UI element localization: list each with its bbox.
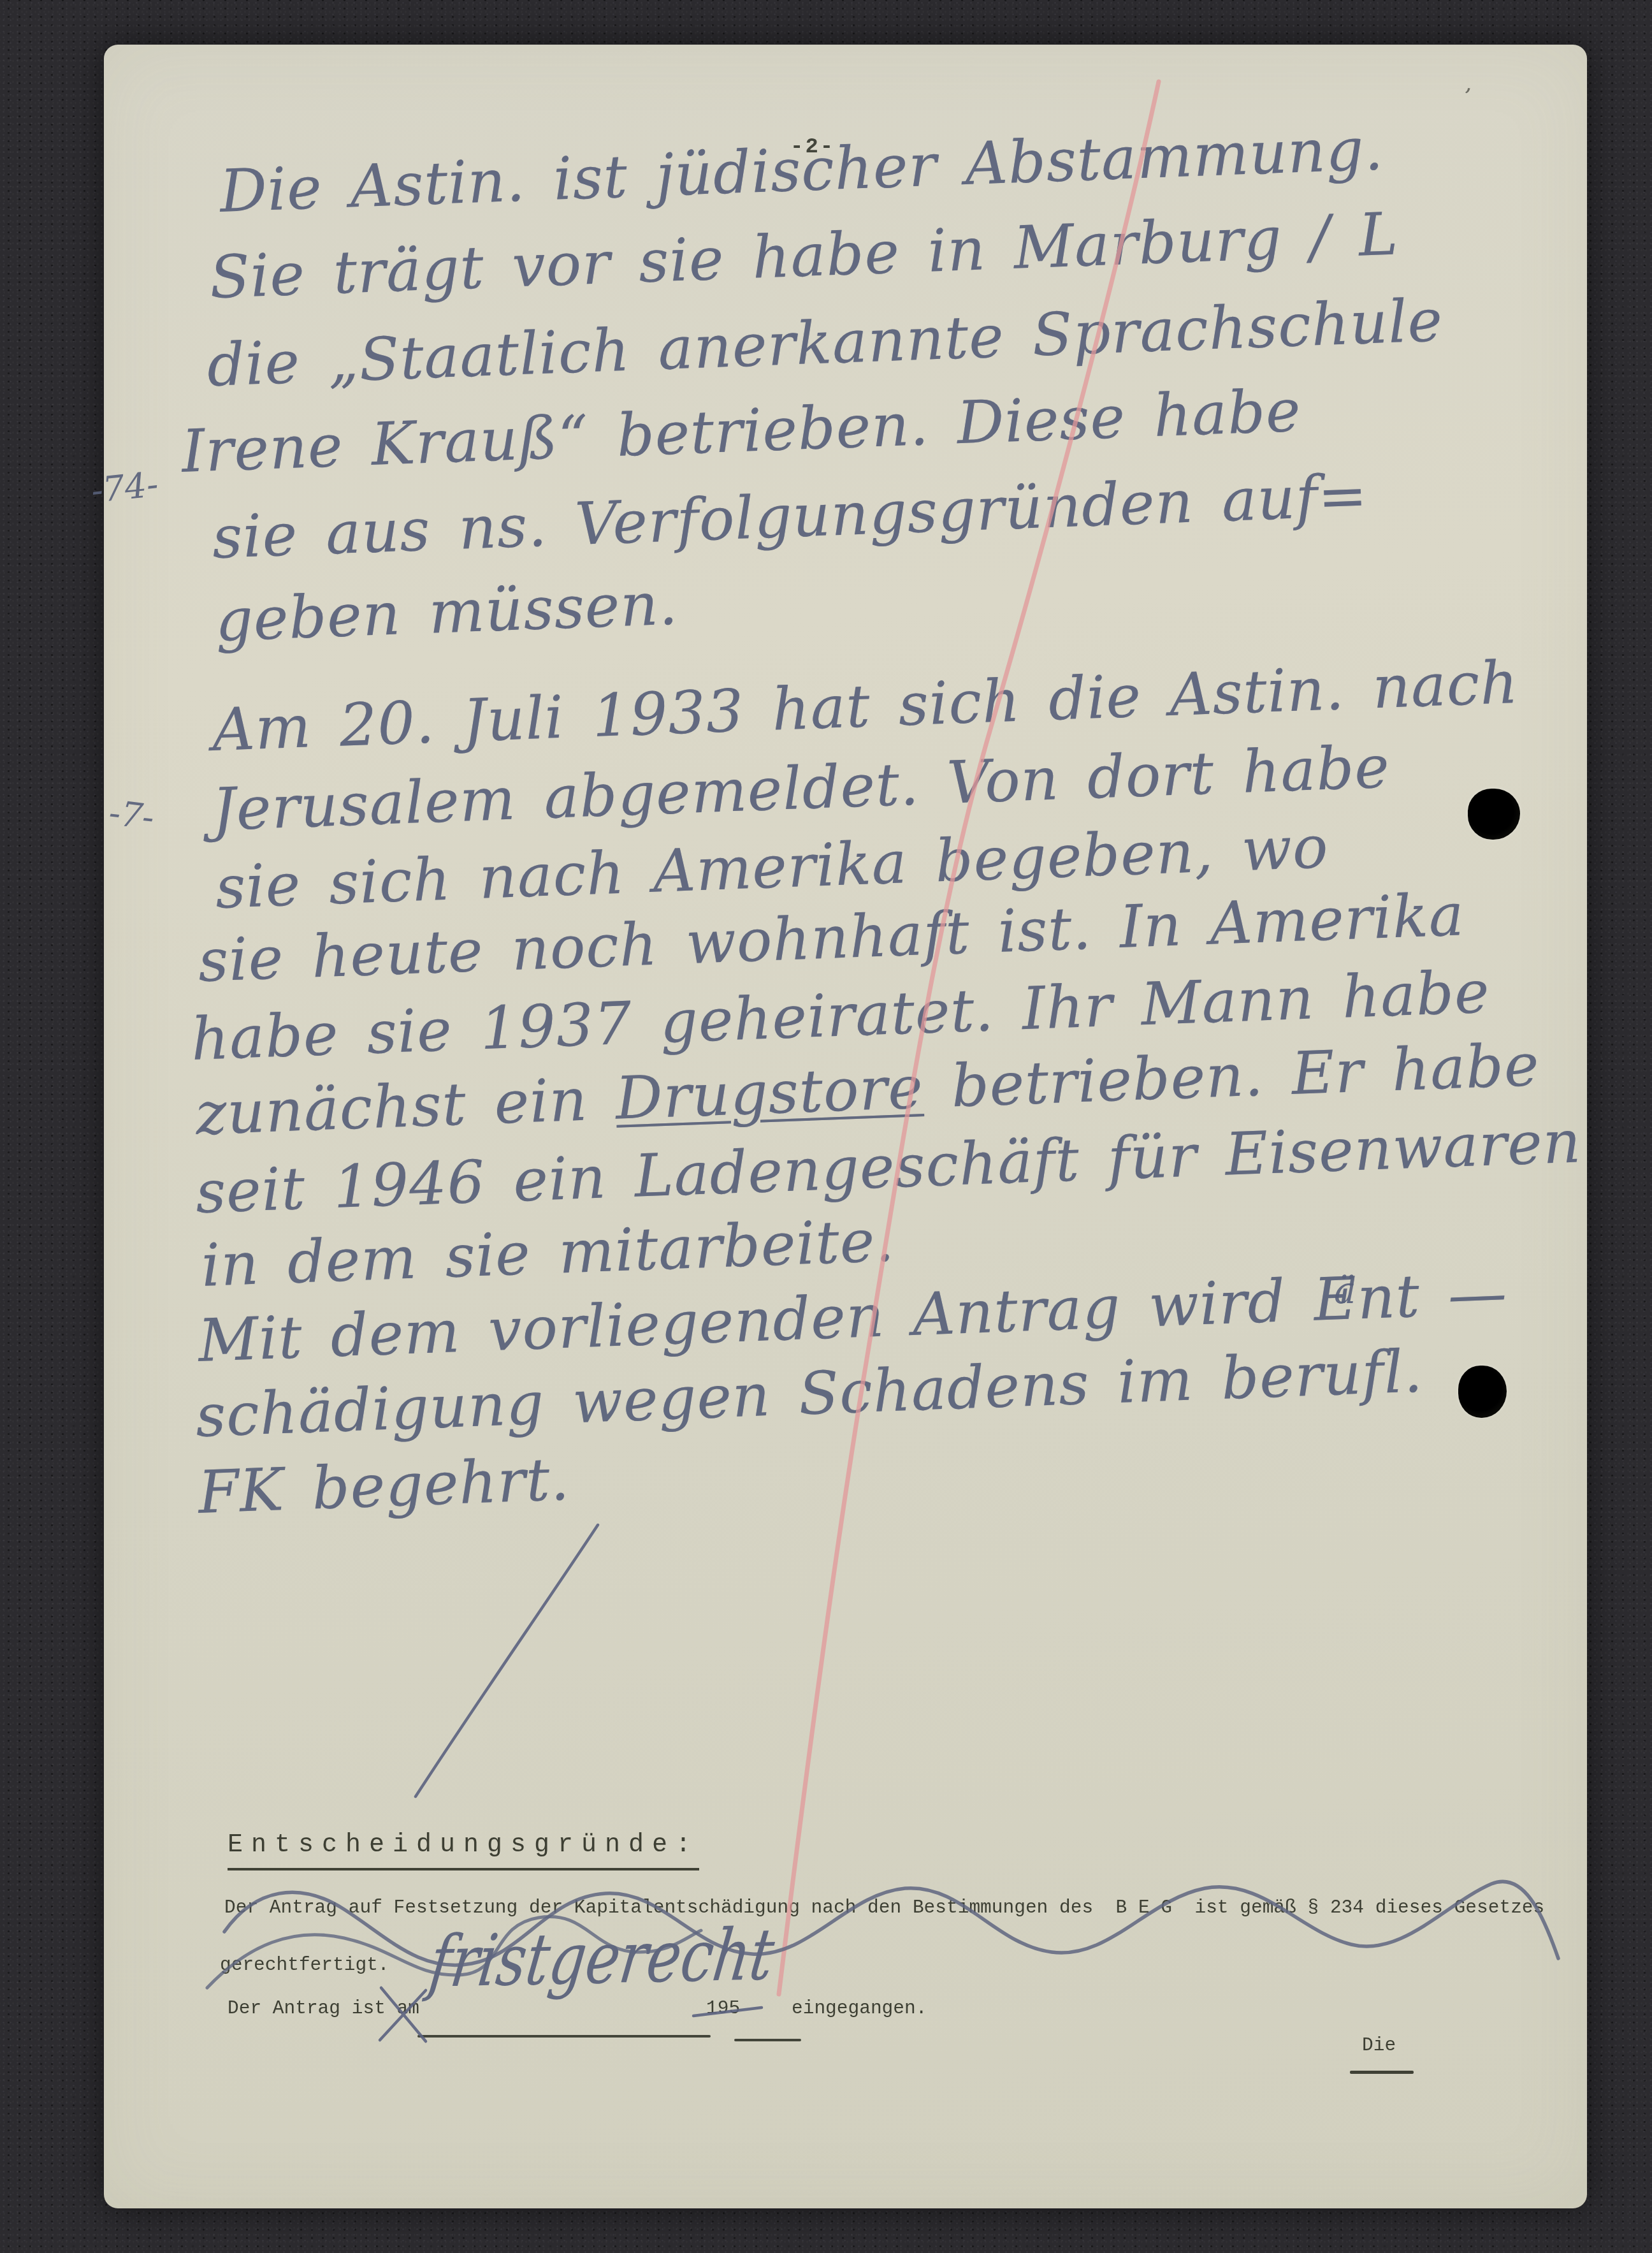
handwritten-line: Sie trägt vor sie habe in Marburg / L <box>208 205 1399 307</box>
hole-punch-top <box>1468 789 1520 840</box>
received-line-suffix: eingegangen. <box>792 1998 927 2020</box>
handwritten-insertion: fristgerecht <box>426 1919 778 1998</box>
struck-year: 195 <box>706 1998 740 2020</box>
fill-in-underline <box>417 2035 711 2038</box>
hole-punch-bottom <box>1458 1366 1507 1418</box>
handwritten-text: zunächst ein <box>194 1065 617 1148</box>
photo-background: -2- ’ Die Astin. ist jüdischer Abstammun… <box>0 0 1652 2253</box>
typed-heading: Entscheidungsgründe: <box>228 1831 699 1870</box>
apostrophe-mark: ’ <box>1460 84 1473 110</box>
handwritten-line: sie aus ns. Verfolgungsgründen auf= <box>211 467 1368 567</box>
underlined-word: Drugstore <box>614 1053 924 1133</box>
fill-in-underline-short <box>734 2039 801 2041</box>
margin-mark-7: -7- <box>107 796 156 835</box>
handwritten-line: geben müssen. <box>214 574 679 650</box>
handwritten-line: FK begehrt. <box>197 1450 570 1522</box>
catchword-underline <box>1350 2071 1414 2074</box>
handwritten-line: in dem sie mitarbeite. <box>200 1211 895 1295</box>
catchword-die: Die <box>1362 2035 1396 2057</box>
typed-paragraph-line2: gerechtfertigt. <box>220 1955 389 1976</box>
document-paper: -2- ’ Die Astin. ist jüdischer Abstammun… <box>104 45 1587 2208</box>
received-line-prefix: Der Antrag ist am <box>228 1998 419 2020</box>
handwritten-text: betrieben. Er habe <box>922 1031 1541 1121</box>
handwritten-line: Irene Krauß“ betrieben. Diese habe <box>180 382 1302 481</box>
typed-paragraph-line: Der Antrag auf Festsetzung der Kapitalen… <box>224 1897 1544 1919</box>
margin-mark-74: -74- <box>89 467 159 509</box>
umlaut-correction-note: ä <box>1334 1272 1356 1309</box>
